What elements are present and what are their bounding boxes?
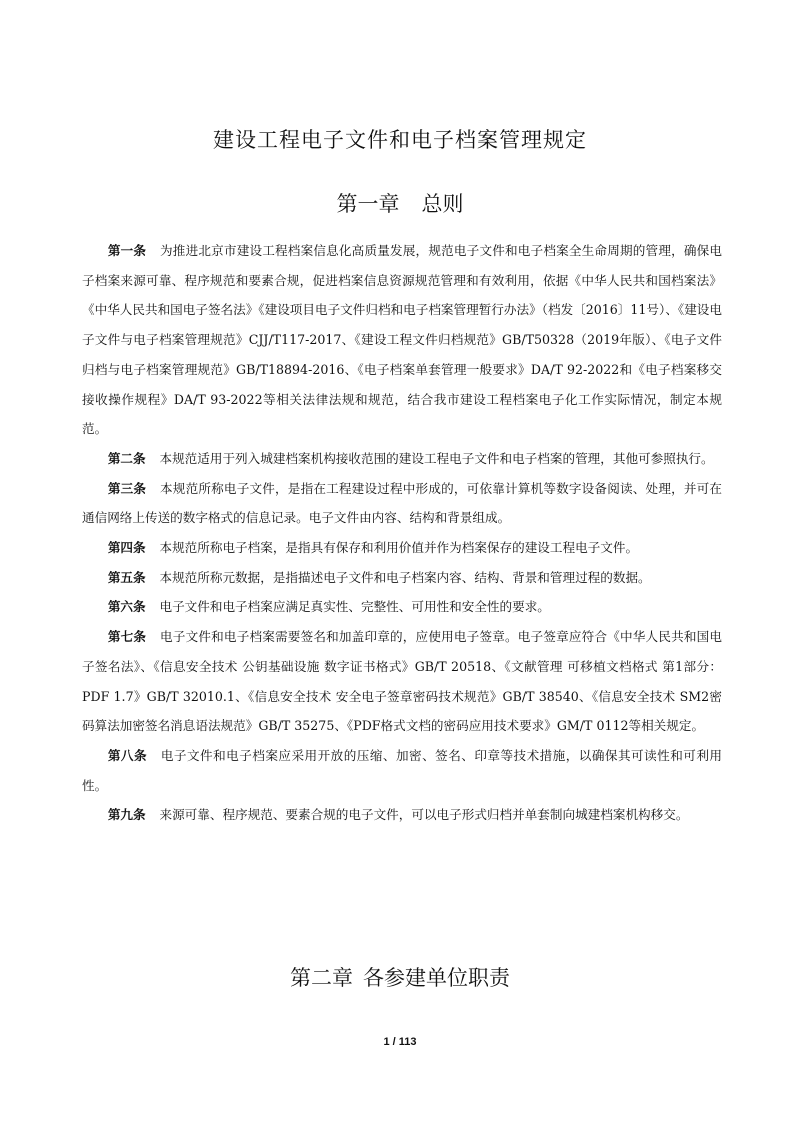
article-3: 第三条本规范所称电子文件，是指在工程建设过程中形成的，可依靠计算机等数字设备阅读… xyxy=(82,474,722,533)
article-number: 第五条 xyxy=(108,570,146,585)
article-number: 第九条 xyxy=(108,807,146,822)
article-number: 第七条 xyxy=(108,629,146,644)
article-1: 第一条为推进北京市建设工程档案信息化高质量发展，规范电子文件和电子档案全生命周期… xyxy=(82,236,722,444)
article-text: 本规范适用于列入城建档案机构接收范围的建设工程电子文件和电子档案的管理，其他可参… xyxy=(159,451,713,466)
article-text: 电子文件和电子档案需要签名和加盖印章的，应使用电子签章。电子签章应符合《中华人民… xyxy=(82,629,722,733)
article-text: 电子文件和电子档案应满足真实性、完整性、可用性和安全性的要求。 xyxy=(159,599,549,614)
article-7: 第七条电子文件和电子档案需要签名和加盖印章的，应使用电子签章。电子签章应符合《中… xyxy=(82,622,722,741)
article-6: 第六条电子文件和电子档案应满足真实性、完整性、可用性和安全性的要求。 xyxy=(82,592,722,622)
article-8: 第八条电子文件和电子档案应采用开放的压缩、加密、签名、印章等技术措施，以确保其可… xyxy=(82,741,722,800)
chapter-name: 总则 xyxy=(422,192,464,216)
article-5: 第五条本规范所称元数据，是指描述电子文件和电子档案内容、结构、背景和管理过程的数… xyxy=(82,563,722,593)
article-text: 本规范所称元数据，是指描述电子文件和电子档案内容、结构、背景和管理过程的数据。 xyxy=(159,570,650,585)
chapter-number: 第二章 xyxy=(290,966,353,990)
article-4: 第四条本规范所称电子档案，是指具有保存和利用价值并作为档案保存的建设工程电子文件… xyxy=(82,533,722,563)
article-2: 第二条本规范适用于列入城建档案机构接收范围的建设工程电子文件和电子档案的管理，其… xyxy=(82,444,722,474)
article-text: 电子文件和电子档案应采用开放的压缩、加密、签名、印章等技术措施，以确保其可读性和… xyxy=(82,748,722,793)
chapter-name: 各参建单位职责 xyxy=(363,966,510,990)
chapter-heading-2: 第二章各参建单位职责 xyxy=(0,962,800,992)
page-indicator: 1 / 113 xyxy=(0,1036,800,1048)
article-text: 来源可靠、程序规范、要素合规的电子文件，可以电子形式归档并单套制向城建档案机构移… xyxy=(159,807,688,822)
chapter-1-body: 第一条为推进北京市建设工程档案信息化高质量发展，规范电子文件和电子档案全生命周期… xyxy=(82,236,722,830)
chapter-heading-1: 第一章总则 xyxy=(0,188,800,218)
article-9: 第九条来源可靠、程序规范、要素合规的电子文件，可以电子形式归档并单套制向城建档案… xyxy=(82,800,722,830)
article-number: 第六条 xyxy=(108,599,146,614)
article-text: 本规范所称电子文件，是指在工程建设过程中形成的，可依靠计算机等数字设备阅读、处理… xyxy=(82,481,722,526)
article-text: 本规范所称电子档案，是指具有保存和利用价值并作为档案保存的建设工程电子文件。 xyxy=(159,540,638,555)
article-number: 第三条 xyxy=(108,481,146,496)
article-number: 第一条 xyxy=(108,243,146,258)
document-title: 建设工程电子文件和电子档案管理规定 xyxy=(0,124,800,154)
chapter-number: 第一章 xyxy=(337,192,400,216)
article-number: 第八条 xyxy=(108,748,147,763)
article-number: 第四条 xyxy=(108,540,146,555)
article-text: 为推进北京市建设工程档案信息化高质量发展，规范电子文件和电子档案全生命周期的管理… xyxy=(82,243,722,436)
article-number: 第二条 xyxy=(108,451,146,466)
document-page: 建设工程电子文件和电子档案管理规定 第一章总则 第一条为推进北京市建设工程档案信… xyxy=(0,0,800,1132)
